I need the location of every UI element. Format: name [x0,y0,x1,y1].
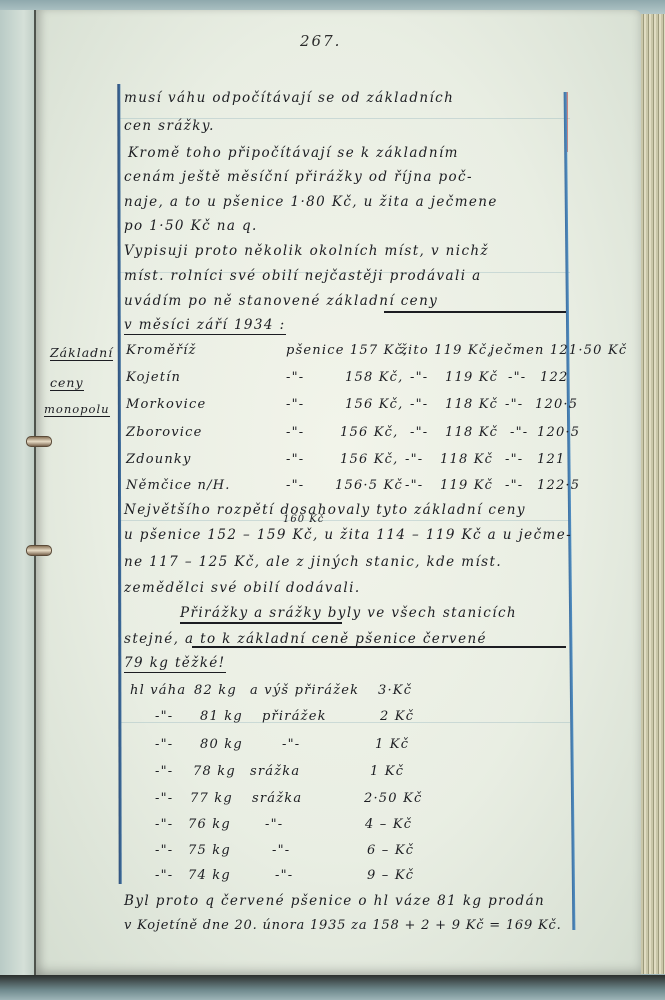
binding-ring-icon [26,436,52,447]
price-row-barley: 120·5 [537,425,580,440]
text-line: míst. rolníci své obilí nejčastěji prodá… [124,268,482,284]
text-line-underlined: v měsíci září 1934 : [124,317,286,335]
ditto-mark: -"- [510,425,528,440]
price-row-wheat: 156·5 Kč [335,478,403,493]
price-row-place: Kroměříž [126,343,197,358]
backdrop-bottom [0,975,665,1000]
text-line: Vypisuji proto několik okolních míst, v … [124,243,489,259]
ditto-mark: -"- [410,370,428,385]
surcharge-weight: 82 kg [194,683,237,698]
ruled-line [120,722,570,723]
surcharge-weight: 74 kg [188,868,231,883]
price-row-wheat: 156 Kč, [340,425,398,440]
ditto-mark: -"- [286,478,304,493]
text-line: naje, a to u pšenice 1·80 Kč, u žita a j… [124,194,498,210]
ditto-mark: -"- [410,397,428,412]
text-line: ne 117 – 125 Kč, ale z jiných stanic, kd… [124,554,502,570]
superscript-correction: 160 Kč [283,514,324,525]
ditto-mark: -"- [505,397,523,412]
underline-zakladni-ceny [384,311,566,313]
price-row-rye: 118 Kč [445,397,498,412]
text-line: uvádím po ně stanovené základní ceny [124,293,438,309]
ditto-mark: -"- [286,425,304,440]
surcharge-amount: 3·Kč [378,683,412,698]
text-line: musí váhu odpočítávají se od základních [124,90,454,106]
left-page-edge [0,10,36,975]
surcharge-weight: 75 kg [188,843,231,858]
text-line: cen srážky. [124,118,215,134]
ditto-mark: -"- [286,397,304,412]
text-line: po 1·50 Kč na q. [124,218,258,234]
surcharge-amount: 6 – Kč [367,843,414,858]
text-line-underlined: 79 kg těžké! [124,655,226,673]
price-row-rye: 119 Kč [445,370,498,385]
text-line: Největšího rozpětí dosahovaly tyto zákla… [124,502,526,518]
surcharge-prefix: -"- [155,791,173,806]
surcharge-weight: 78 kg [193,764,236,779]
text-line: Kromě toho připočítávají se k základním [128,145,459,161]
price-row-wheat: pšenice 157 Kč, [286,343,408,358]
surcharge-label: přirážek [262,709,327,724]
underline-zakladni-cene [192,646,566,648]
text-line: stejné, a to k základní ceně pšenice čer… [124,631,487,647]
margin-note-line: monopolu [44,402,110,417]
ditto-mark: -"- [286,452,304,467]
binding-ring-icon [26,545,52,556]
margin-note-line: Základní [50,345,113,361]
price-row-wheat: 156 Kč, [345,397,403,412]
surcharge-prefix: -"- [155,817,173,832]
price-row-place: Zborovice [126,425,203,440]
surcharge-prefix: -"- [155,709,173,724]
surcharge-label: srážka [250,764,300,779]
surcharge-label: -"- [282,737,300,752]
price-row-barley: 122·5 [537,478,580,493]
price-row-rye: 118 Kč [445,425,498,440]
surcharge-amount: 9 – Kč [367,868,414,883]
text-line: zemědělci své obilí dodávali. [124,580,361,596]
ditto-mark: -"- [405,452,423,467]
surcharge-amount: 2 Kč [380,709,414,724]
ditto-mark: -"- [405,478,423,493]
surcharge-prefix: -"- [155,764,173,779]
price-row-place: Kojetín [126,370,181,385]
ditto-mark: -"- [505,452,523,467]
price-row-rye: 119 Kč [440,478,493,493]
surcharge-label: -"- [272,843,290,858]
page-stack-edges [641,14,665,974]
surcharge-label: a výš přirážek [250,683,359,698]
text-line: v Kojetíně dne 20. února 1935 za 158 + 2… [124,918,562,933]
surcharge-amount: 2·50 Kč [364,791,422,806]
surcharge-weight: 77 kg [190,791,233,806]
surcharge-weight: 76 kg [188,817,231,832]
price-row-barley: 121 [537,452,565,467]
surcharge-label: -"- [275,868,293,883]
price-row-rye: žito 119 Kč, [400,343,493,358]
ruled-line [120,520,570,521]
price-row-wheat: 156 Kč, [340,452,398,467]
surcharge-label: srážka [252,791,302,806]
ditto-mark: -"- [286,370,304,385]
surcharge-label: -"- [265,817,283,832]
margin-note-line: ceny [50,375,84,391]
price-row-barley: 122 [540,370,568,385]
price-row-barley: 120·5 [535,397,578,412]
price-row-place: Zdounky [126,452,192,467]
surcharge-amount: 1 Kč [375,737,409,752]
text-line: cenám ještě měsíční přirážky od října po… [124,169,473,185]
ditto-mark: -"- [505,478,523,493]
price-row-place: Morkovice [126,397,206,412]
surcharge-prefix: -"- [155,868,173,883]
text-line: u pšenice 152 – 159 Kč, u žita 114 – 119… [124,527,572,543]
ditto-mark: -"- [410,425,428,440]
surcharge-prefix: hl váha [130,683,186,698]
surcharge-prefix: -"- [155,737,173,752]
surcharge-weight: 81 kg [200,709,243,724]
price-row-barley: ječmen 121·50 Kč [490,343,627,358]
price-row-wheat: 158 Kč, [345,370,403,385]
ditto-mark: -"- [508,370,526,385]
underline-priplatky [180,622,342,624]
price-row-rye: 118 Kč [440,452,493,467]
text-line: Přirážky a srážky byly ve všech stanicíc… [180,605,517,621]
surcharge-amount: 1 Kč [370,764,404,779]
text-line: Byl proto q červené pšenice o hl váze 81… [124,893,545,909]
surcharge-prefix: -"- [155,843,173,858]
surcharge-weight: 80 kg [200,737,243,752]
price-row-place: Němčice n/H. [126,478,231,493]
page-number: 267. [300,32,341,50]
surcharge-amount: 4 – Kč [365,817,412,832]
